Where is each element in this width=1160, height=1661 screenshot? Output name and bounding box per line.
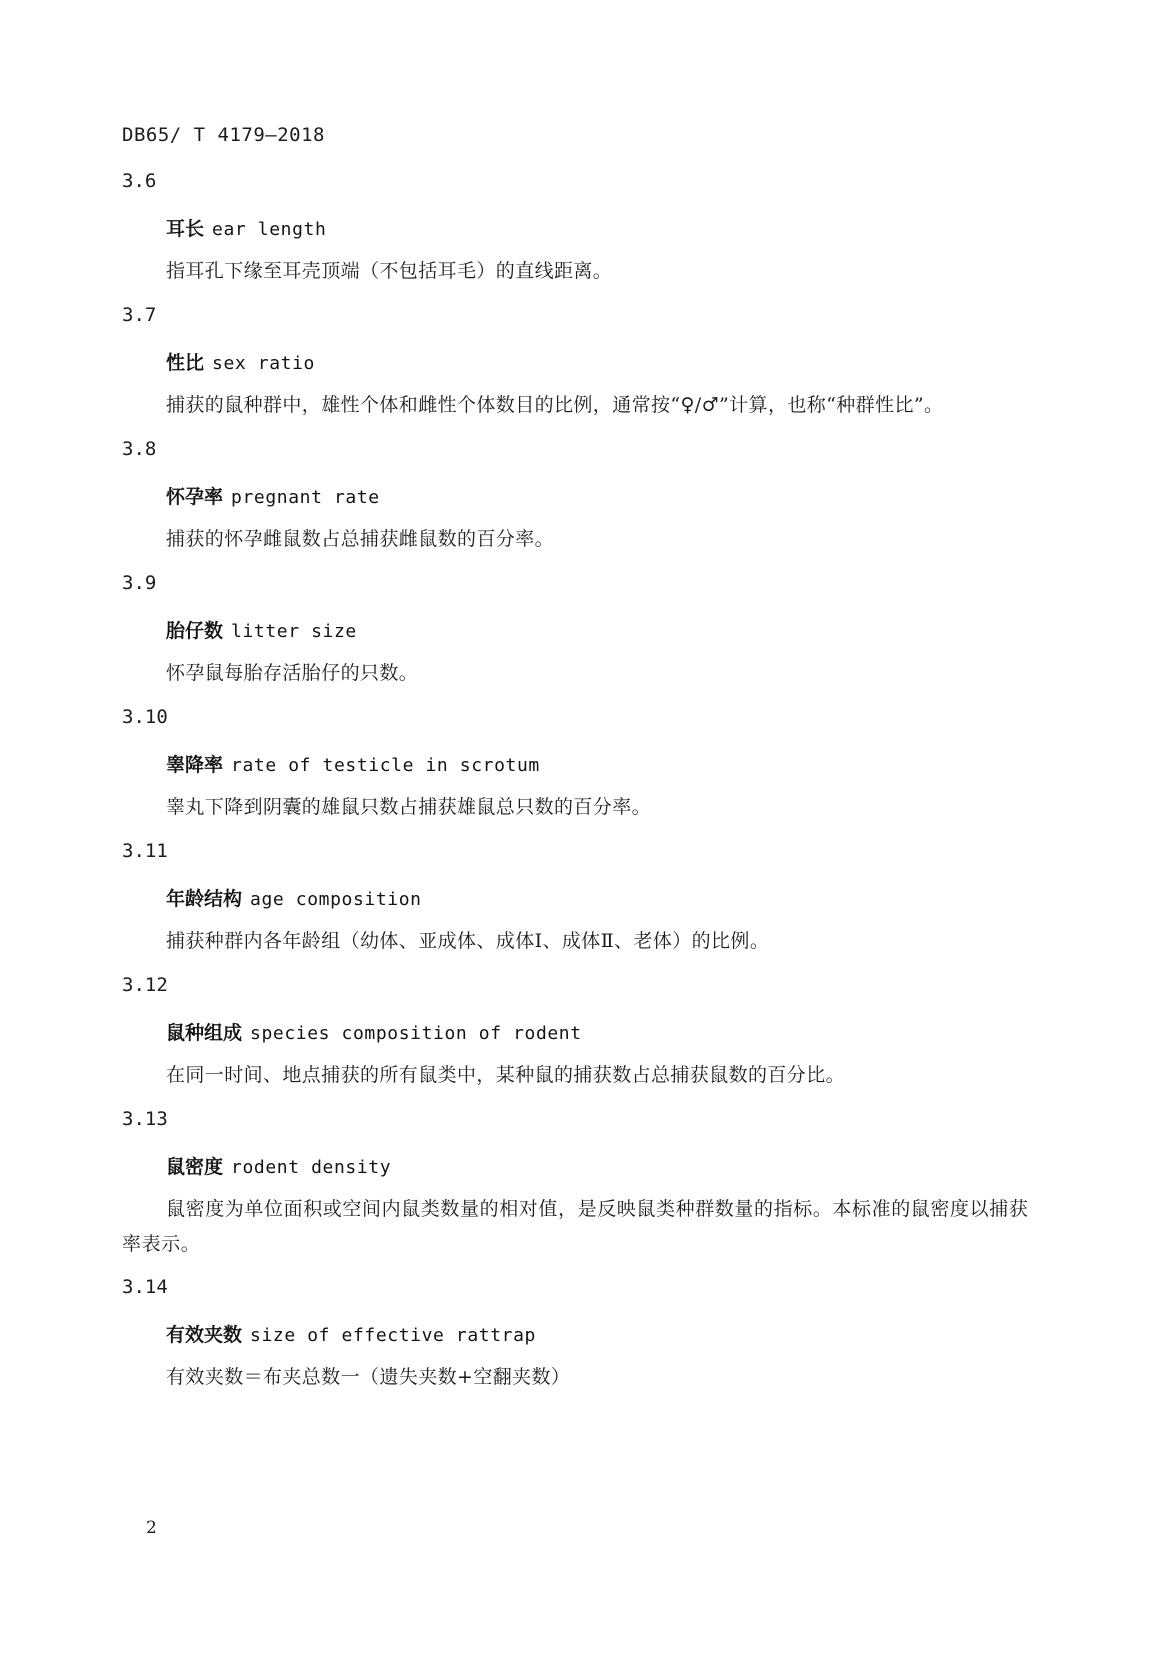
term-definition: 有效夹数＝布夹总数一（遗失夹数+空翻夹数） [166,1360,1046,1394]
entry-number: 3.13 [122,1108,168,1130]
term-definition: 在同一时间、地点捕获的所有鼠类中，某种鼠的捕获数占总捕获鼠数的百分比。 [166,1058,1046,1092]
term-zh: 胎仔数 [166,620,223,642]
term-definition: 鼠密度为单位面积或空间内鼠类数量的相对值，是反映鼠类种群数量的指标。本标准的鼠密… [122,1192,1047,1262]
entry-number: 3.12 [122,974,168,996]
document-page: DB65/ T 4179—2018 3.6 耳长ear length 指耳孔下缘… [0,0,1160,1661]
document-code: DB65/ T 4179—2018 [122,124,325,146]
term-heading: 胎仔数litter size [166,616,357,643]
term-zh: 性比 [166,352,204,374]
page-number: 2 [146,1518,157,1538]
term-definition: 捕获的怀孕雌鼠数占总捕获雌鼠数的百分率。 [166,522,1046,556]
term-heading: 年龄结构age composition [166,884,422,911]
entry-number: 3.7 [122,304,156,326]
term-heading: 有效夹数size of effective rattrap [166,1320,536,1347]
term-definition: 捕获的鼠种群中，雄性个体和雌性个体数目的比例，通常按“♀/♂”计算，也称“种群性… [166,388,1066,422]
term-definition: 指耳孔下缘至耳壳顶端（不包括耳毛）的直线距离。 [166,254,1046,288]
term-zh: 年龄结构 [166,888,242,910]
entry-number: 3.9 [122,572,156,594]
term-heading: 鼠密度rodent density [166,1152,391,1179]
entry-number: 3.8 [122,438,156,460]
term-en: litter size [231,621,357,642]
term-definition: 捕获种群内各年龄组（幼体、亚成体、成体Ⅰ、成体Ⅱ、老体）的比例。 [166,924,1046,958]
term-zh: 有效夹数 [166,1324,242,1346]
term-en: rodent density [231,1157,391,1178]
term-en: pregnant rate [231,487,380,508]
term-heading: 怀孕率pregnant rate [166,482,380,509]
term-zh: 耳长 [166,218,204,240]
term-zh: 怀孕率 [166,486,223,508]
term-heading: 耳长ear length [166,214,326,241]
term-heading: 性比sex ratio [166,348,315,375]
term-en: sex ratio [212,353,315,374]
term-definition: 怀孕鼠每胎存活胎仔的只数。 [166,656,1046,690]
entry-number: 3.10 [122,706,168,728]
term-en: ear length [212,219,326,240]
term-heading: 睾降率rate of testicle in scrotum [166,750,540,777]
term-en: species composition of rodent [250,1023,582,1044]
entry-number: 3.11 [122,840,168,862]
term-zh: 睾降率 [166,754,223,776]
entry-number: 3.14 [122,1276,168,1298]
term-zh: 鼠密度 [166,1156,223,1178]
entry-number: 3.6 [122,170,156,192]
term-zh: 鼠种组成 [166,1022,242,1044]
term-en: size of effective rattrap [250,1325,536,1346]
term-en: rate of testicle in scrotum [231,755,540,776]
term-en: age composition [250,889,422,910]
term-definition: 睾丸下降到阴囊的雄鼠只数占捕获雄鼠总只数的百分率。 [166,790,1046,824]
term-heading: 鼠种组成species composition of rodent [166,1018,582,1045]
